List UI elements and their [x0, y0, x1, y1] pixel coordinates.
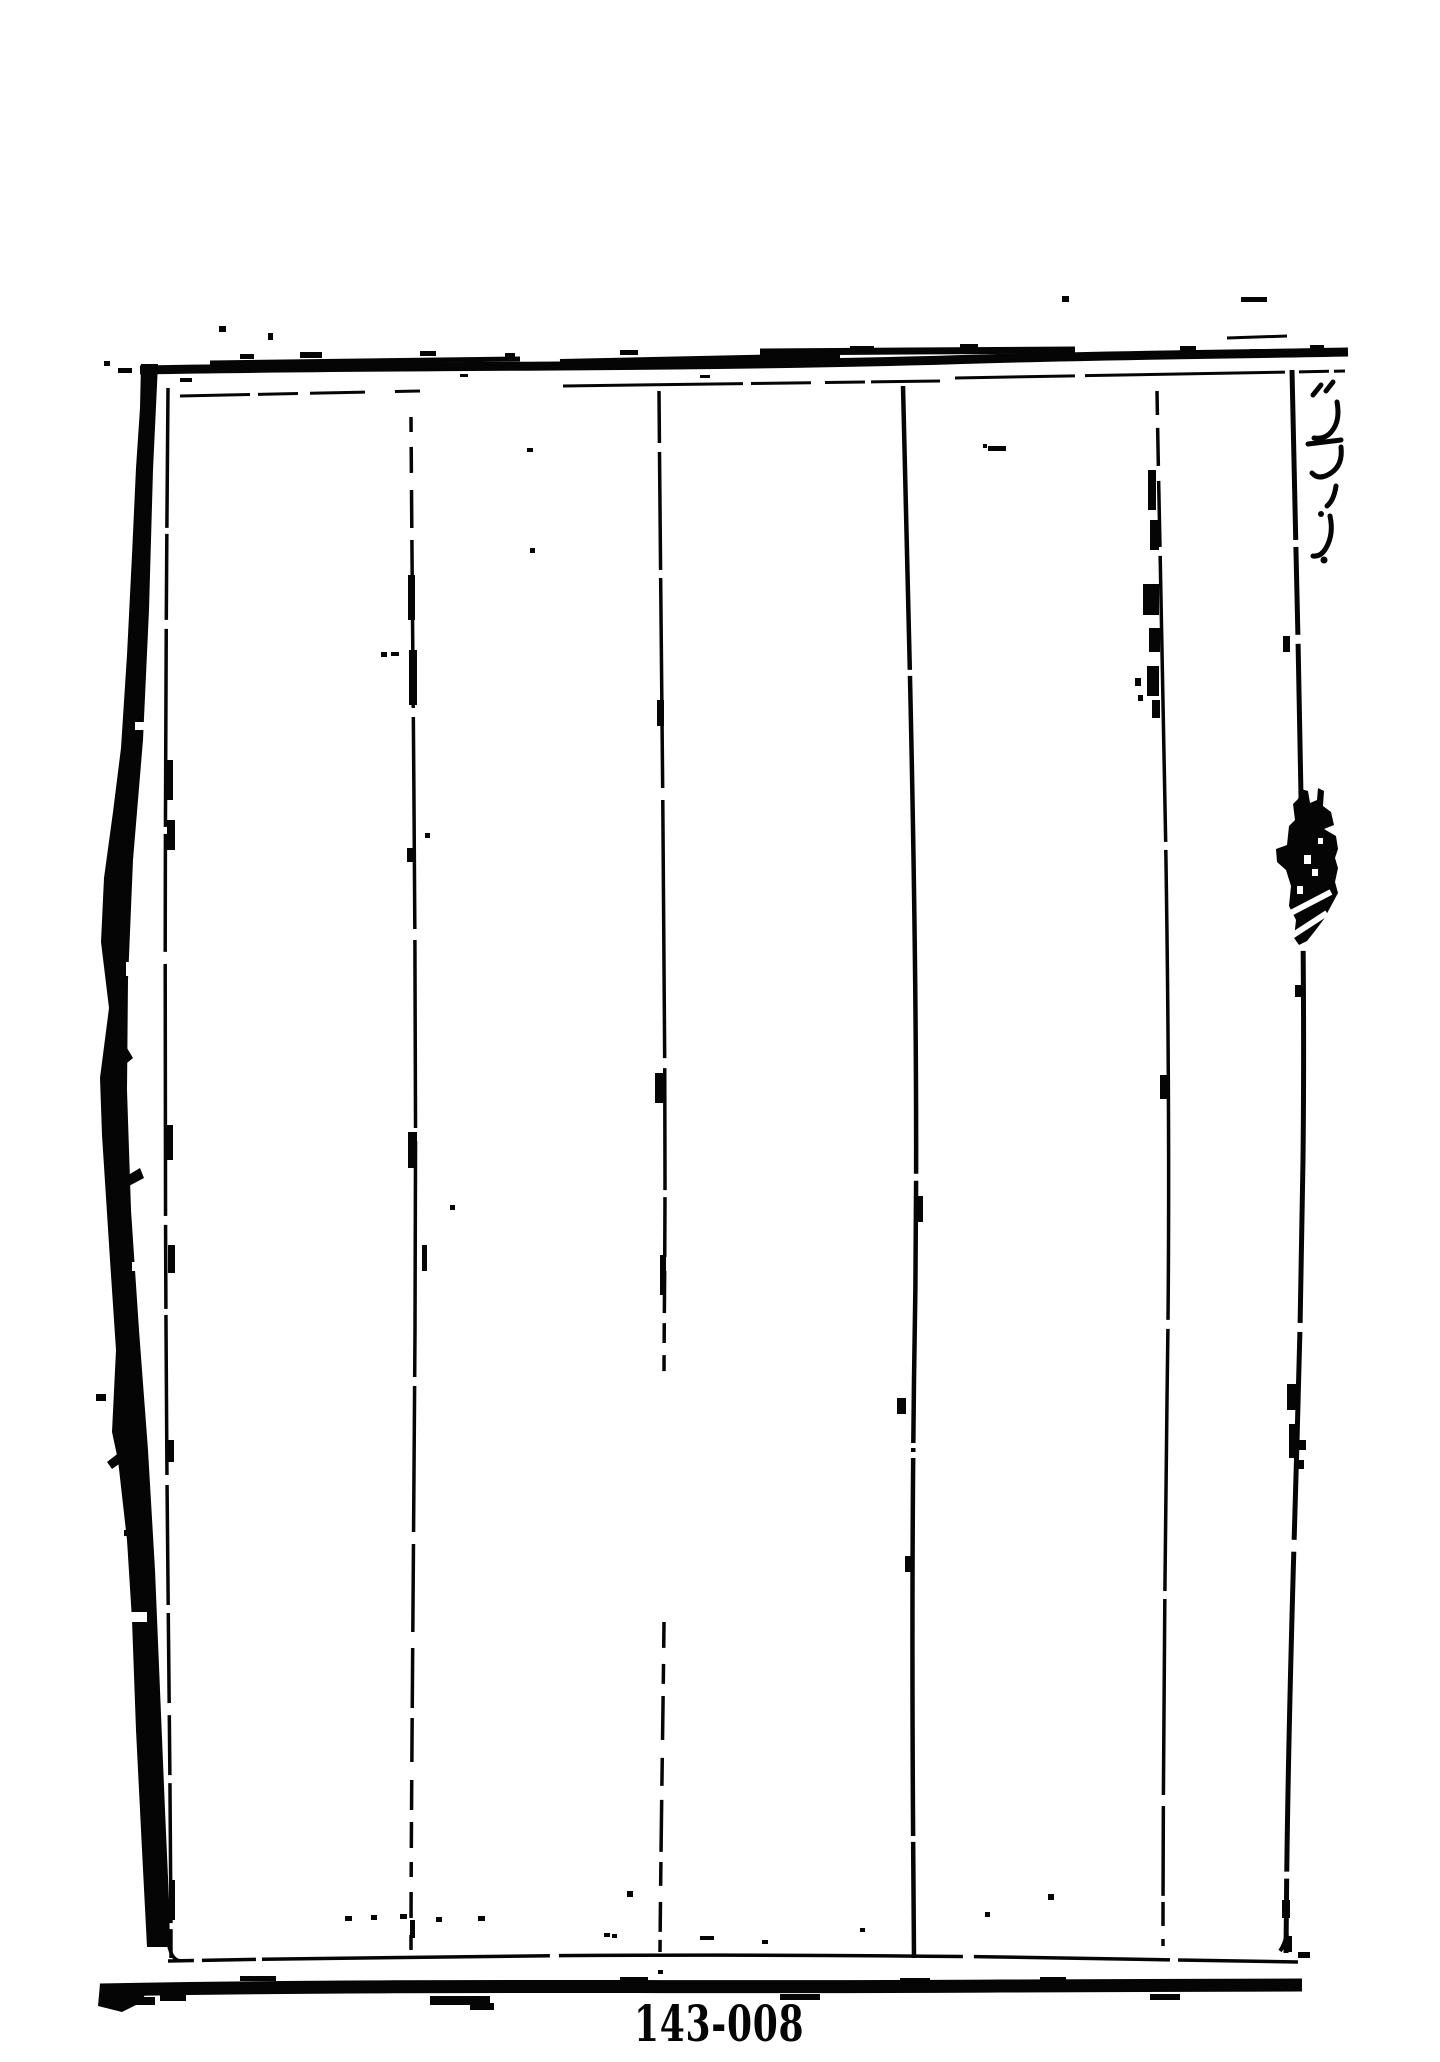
- right-border: [1280, 370, 1306, 1953]
- column-rule-1: [411, 417, 416, 1950]
- specks: [219, 326, 1054, 1974]
- scanned-page: 143-008: [0, 0, 1440, 2062]
- ink-blob: [1276, 788, 1338, 945]
- column-rule-2-lower: [660, 1622, 664, 1952]
- page-number: 143-008: [634, 1999, 804, 2049]
- column-rules: [407, 386, 1169, 1958]
- column-rule-4: [1157, 391, 1169, 1946]
- column-rule-1-blobs: [407, 575, 427, 1938]
- page-frame-drawing: [0, 0, 1440, 2062]
- column-rule-2-upper: [659, 391, 665, 1385]
- column-rule-4-blobs: [1135, 470, 1167, 1099]
- left-border: [96, 361, 170, 1947]
- column-rule-3-blobs: [897, 1196, 923, 1572]
- top-border: [140, 296, 1348, 382]
- margin-annotation: [1308, 382, 1341, 564]
- column-rule-3: [903, 386, 916, 1958]
